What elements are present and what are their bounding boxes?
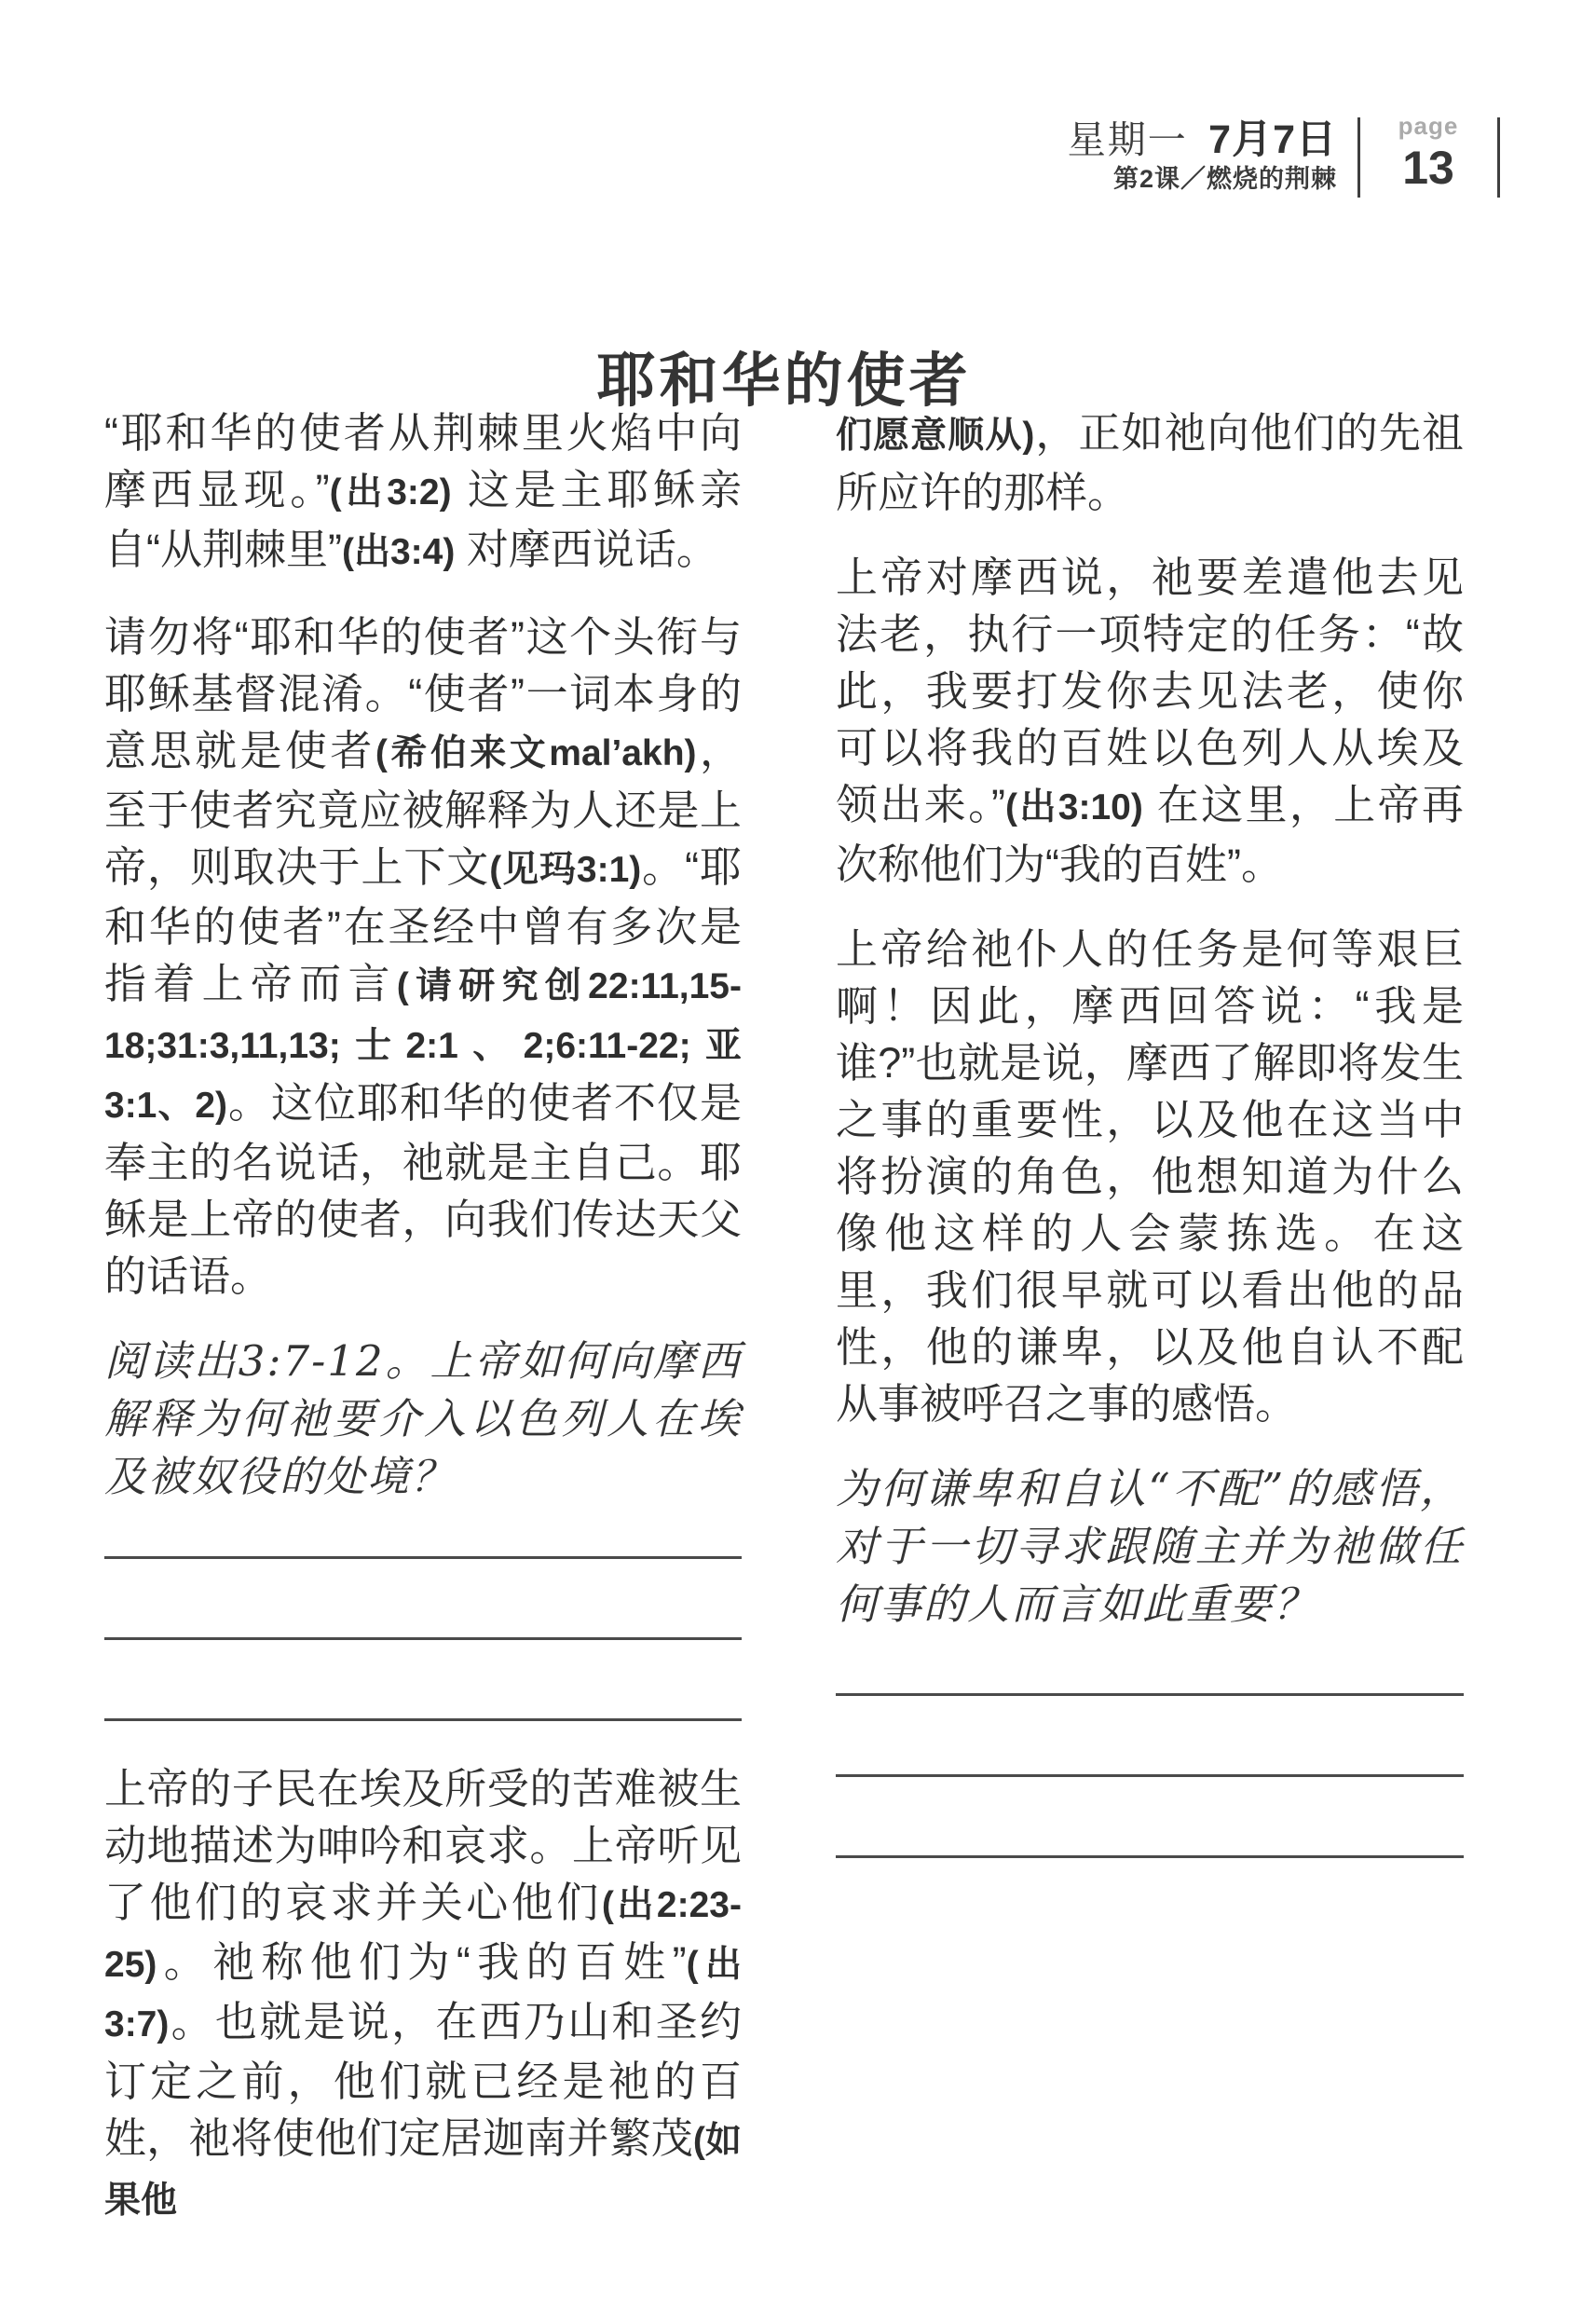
scripture-ref: (出3:4) (342, 532, 455, 572)
hebrew-note: (希伯来文mal’akh) (375, 733, 697, 773)
page-number-block: page 13 (1362, 112, 1494, 192)
writing-line (104, 1506, 742, 1559)
text-run: 。也就是说，在西乃山和圣约订定之前，他们就已经是祂的百姓，祂将使他们定居迦南并繁… (104, 1998, 742, 2162)
text-run: 对摩西说话。 (455, 526, 718, 573)
writing-line (836, 1696, 1464, 1777)
page-label: page (1362, 112, 1494, 140)
page-number: 13 (1362, 144, 1494, 192)
writing-line (104, 1640, 742, 1721)
column-right: 们愿意顺从)，正如祂向他们的先祖所应许的那样。 上帝对摩西说，祂要差遣他去见法老… (836, 404, 1464, 1858)
paragraph: 请勿将“耶和华的使者”这个头衔与耶稣基督混淆。“使者”一词本身的意思就是使者(希… (104, 609, 742, 1305)
answer-lines (104, 1506, 742, 1721)
study-question: 阅读出3:7-12。上帝如何向摩西解释为何祂要介入以色列人在埃及被奴役的处境？ (104, 1333, 742, 1506)
writing-line (836, 1634, 1464, 1696)
paragraph: 上帝对摩西说，祂要差遣他去见法老，执行一项特定的任务：“故此，我要打发你去见法老… (836, 549, 1464, 893)
header-date: 7月7日 (1208, 117, 1337, 162)
scripture-ref: (出3:2) (330, 472, 452, 513)
document-page: 星期一 7月7日 第2课／燃烧的荆棘 page 13 耶和华的使者 “耶和华的使… (0, 0, 1596, 2311)
header-date-block: 星期一 7月7日 (1068, 108, 1337, 165)
paragraph: 上帝给祂仆人的任务是何等艰巨啊！因此，摩西回答说：“我是谁?”也就是说，摩西了解… (836, 921, 1464, 1432)
header-divider (1357, 117, 1360, 198)
header-weekday: 星期一 (1068, 118, 1188, 161)
study-question: 为何谦卑和自认“不配”的感悟，对于一切寻求跟随主并为祂做任何事的人而言如此重要？ (836, 1460, 1464, 1634)
scripture-ref: (见玛3:1) (489, 850, 641, 890)
paragraph: 们愿意顺从)，正如祂向他们的先祖所应许的那样。 (836, 404, 1464, 521)
writing-line (104, 1559, 742, 1640)
scripture-ref: (出3:10) (1005, 787, 1143, 827)
text-run: 。祂称他们为“我的百姓” (157, 1938, 686, 1986)
answer-lines (836, 1634, 1464, 1858)
header-lesson-title: 第2课／燃烧的荆棘 (1113, 158, 1337, 195)
paragraph: 上帝的子民在埃及所受的苦难被生动地描述为呻吟和哀求。上帝听见了他们的哀求并关心他… (104, 1760, 742, 2229)
column-left: “耶和华的使者从荆棘里火焰中向摩西显现。”(出3:2) 这是主耶稣亲自“从荆棘里… (104, 404, 742, 2229)
writing-line (836, 1777, 1464, 1858)
bold-run: 们愿意顺从) (836, 416, 1034, 456)
header-divider (1497, 117, 1500, 198)
paragraph: “耶和华的使者从荆棘里火焰中向摩西显现。”(出3:2) 这是主耶稣亲自“从荆棘里… (104, 404, 742, 581)
